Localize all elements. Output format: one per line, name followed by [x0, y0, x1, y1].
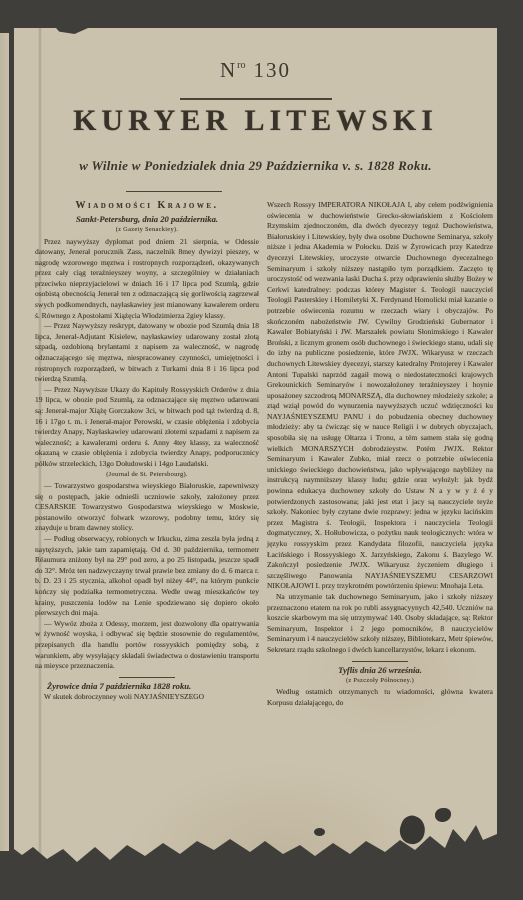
newspaper-page: Nro130 KURYER LITEWSKI w Wilnie w Ponied… [14, 28, 497, 880]
issue-label-superscript: ro [237, 60, 245, 71]
article-paragraph: — Wywóz zboża z Odessy, morzem, jest doz… [35, 619, 259, 672]
article-dateline: Tyflis dnia 26 września. [267, 665, 493, 676]
article-dateline: Żyrowice dnia 7 października 1828 roku. [35, 681, 259, 692]
article-paragraph: — Towarzystwo gospodarstwa wieyskiego Bi… [35, 481, 259, 534]
masthead-rule-top [180, 98, 332, 100]
article-paragraph: Wszech Rossyy IMPERATORA NIKOŁAJA I, aby… [267, 200, 493, 592]
issue-number: Nro130 [14, 58, 497, 83]
section-heading: Wiadomości Krajowe. [35, 200, 259, 212]
issue-number-value: 130 [254, 58, 292, 82]
torn-corner-notch [56, 28, 88, 34]
left-column: Wiadomości Krajowe. Sankt-Petersburg, dn… [35, 200, 259, 703]
article-paragraph: — Przez Naywyższe Ukazy do Kapituły Ross… [35, 385, 259, 470]
section-divider-rule [119, 677, 175, 678]
section-divider-rule [352, 661, 408, 662]
paper-damage-hole [435, 808, 451, 822]
article-paragraph: W skutek dobroczynney woli NAYJAŚNIEYSZE… [35, 692, 259, 703]
masthead-dateline: w Wilnie w Poniedzialek dnia 29 Paździer… [14, 158, 497, 174]
article-paragraph: Przez naywyższy dyplomat pod dniem 21 si… [35, 237, 259, 322]
article-paragraph: — Podług obserwacyy, robionych w Irkucku… [35, 534, 259, 619]
article-paragraph: Według ostatnich otrzymanych tu wiadomoś… [267, 687, 493, 708]
newspaper-title: KURYER LITEWSKI [14, 104, 497, 138]
paper-damage-hole [396, 813, 428, 847]
article-paragraph: — Przez Naywyższy reskrypt, datowany w o… [35, 321, 259, 385]
article-source: (z Gazety Senackiey). [35, 226, 259, 235]
article-source: (z Pszczoły Północney.) [267, 677, 493, 686]
right-column: Wszech Rossyy IMPERATORA NIKOŁAJA I, aby… [267, 200, 493, 708]
issue-label: N [220, 58, 237, 82]
masthead-rule-bottom [126, 191, 222, 192]
scan-background: Nro130 KURYER LITEWSKI w Wilnie w Ponied… [0, 0, 523, 900]
paper-damage-hole [314, 828, 325, 836]
adjacent-page-edge [0, 33, 9, 851]
article-paragraph: Na utrzymanie tak duchownego Seminaryum,… [267, 592, 493, 656]
article-dateline: Sankt-Petersburg, dnia 20 października. [35, 214, 259, 225]
article-source: (Journal de St. Petersbourg). [35, 471, 259, 480]
